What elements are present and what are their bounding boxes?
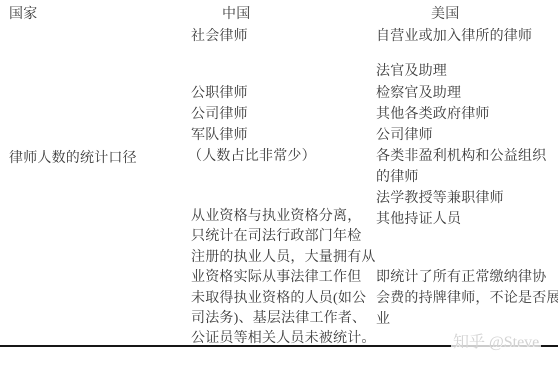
china-note-line: 注册的执业人员，大量拥有从	[191, 250, 376, 265]
header-country-label: 国家	[9, 7, 37, 22]
usa-item: 自营业或加入律所的律师	[376, 29, 532, 44]
china-item: 社会律师	[191, 29, 248, 44]
china-note-line: 业资格实际从事法律工作但	[191, 270, 361, 285]
china-note-line: 公证员等相关人员未被统计。	[191, 331, 376, 346]
row-label: 律师人数的统计口径	[9, 151, 137, 166]
usa-note-line: 业	[376, 312, 390, 327]
china-item: 公职律师	[191, 86, 248, 101]
china-note-line: 只统计在司法行政部门年检	[191, 229, 361, 244]
china-item: 公司律师	[191, 107, 248, 122]
usa-item: 公司律师	[376, 128, 433, 143]
usa-item: 其他各类政府律师	[376, 107, 490, 122]
header-china-label: 中国	[222, 7, 250, 22]
china-note-line: 司法务)、基层法律工作者、	[191, 311, 366, 326]
usa-note-line: 会费的持牌律师，不论是否展	[376, 291, 558, 306]
china-item: （人数占比非常少）	[188, 149, 316, 164]
watermark: 知乎 @Steve	[451, 334, 541, 352]
china-note-line: 从业资格与执业资格分离，	[191, 209, 361, 224]
usa-note-line: 即统计了所有正常缴纳律协	[376, 270, 546, 285]
usa-item: 各类非盈利机构和公益组织	[376, 149, 546, 164]
usa-item: 其他持证人员	[376, 212, 461, 227]
china-note-line: 未取得执业资格的人员(如公	[191, 291, 366, 306]
usa-item: 的律师	[376, 170, 419, 185]
usa-item: 检察官及助理	[376, 86, 461, 101]
lawyer-statistics-comparison-table: 国家 中国 美国 律师人数的统计口径 社会律师 公职律师 公司律师 军队律师 （…	[0, 0, 558, 371]
usa-item: 法官及助理	[376, 64, 447, 79]
china-item: 军队律师	[191, 128, 248, 143]
usa-item: 法学教授等兼职律师	[376, 191, 504, 206]
header-usa-label: 美国	[431, 7, 459, 22]
